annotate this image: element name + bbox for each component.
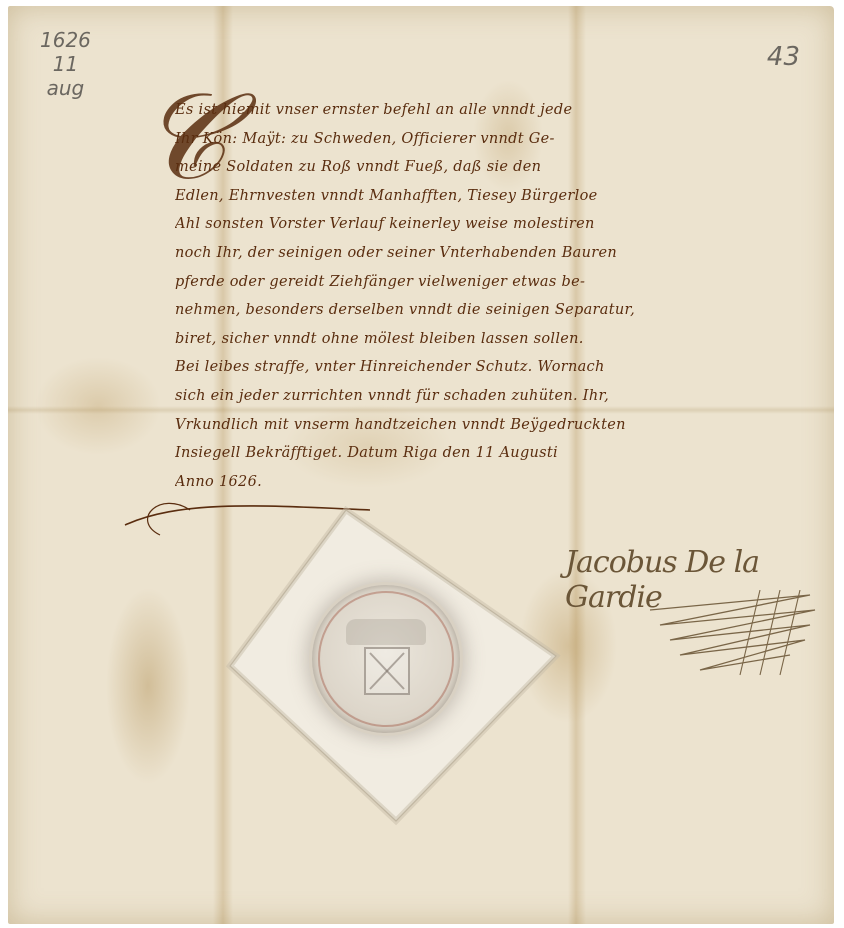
folio-number: 43 [767, 42, 800, 72]
body-line: meine Soldaten zu Roß vnndt Fueß, daß si… [175, 153, 825, 182]
body-line: pferde oder gereidt Ziehfänger vielwenig… [175, 268, 825, 297]
body-line: sich ein jeder zurrichten vnndt für scha… [175, 382, 825, 411]
archive-date-annotation: 1626 11 aug [40, 28, 91, 100]
body-line: biret, sicher vnndt ohne mölest bleiben … [175, 325, 825, 354]
body-line: Es ist hiemit vnser ernster befehl an al… [175, 96, 825, 125]
body-line: noch Ihr, der seinigen oder seiner Vnter… [175, 239, 825, 268]
wax-seal [312, 585, 460, 733]
body-line: Bei leibes straffe, vnter Hinreichender … [175, 353, 825, 382]
annotation-month: aug [40, 76, 91, 100]
body-line: Insiegell Bekräfftiget. Datum Riga den 1… [175, 439, 825, 468]
annotation-year: 1626 [40, 28, 91, 52]
body-line: Ihr Kön: Maÿt: zu Schweden, Officierer v… [175, 125, 825, 154]
body-line: nehmen, besonders derselben vnndt die se… [175, 296, 825, 325]
signature-paraph [640, 590, 830, 680]
seal-crest [346, 619, 426, 645]
body-line: Edlen, Ehrnvesten vnndt Manhafften, Ties… [175, 182, 825, 211]
letter-body: Es ist hiemit vnser ernster befehl an al… [175, 96, 825, 496]
body-line: Vrkundlich mit vnserm handtzeichen vnndt… [175, 411, 825, 440]
annotation-day: 11 [40, 52, 91, 76]
body-line: Ahl sonsten Vorster Verlauf keinerley we… [175, 210, 825, 239]
seal-shield-icon [364, 647, 410, 695]
